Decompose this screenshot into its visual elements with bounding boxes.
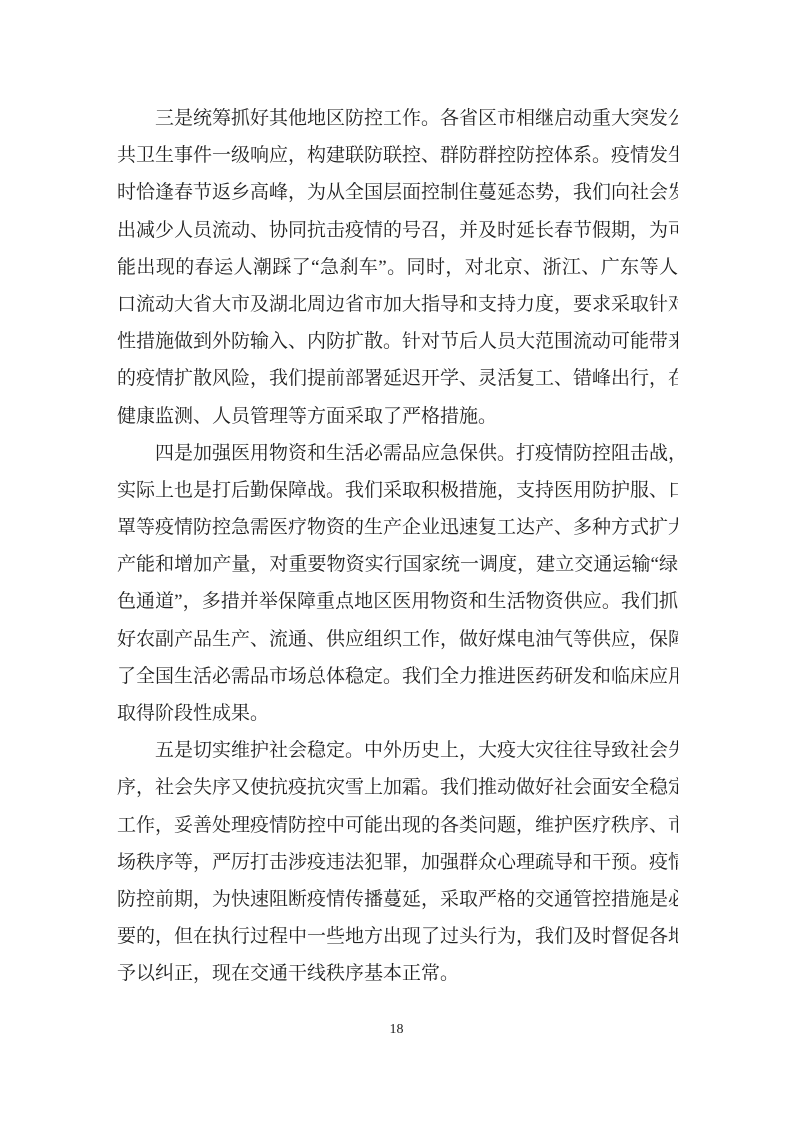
text-line: 的疫情扩散风险，我们提前部署延迟开学、灵活复工、错峰出行，在 [117, 360, 678, 397]
text-line: 四是加强医用物资和生活必需品应急保供。打疫情防控阻击战， [117, 435, 678, 472]
text-line: 序，社会失序又使抗疫抗灾雪上加霜。我们推动做好社会面安全稳定 [117, 769, 678, 806]
paragraph: 四是加强医用物资和生活必需品应急保供。打疫情防控阻击战，实际上也是打后勤保障战。… [117, 435, 678, 733]
document-body: 三是统筹抓好其他地区防控工作。各省区市相继启动重大突发公共卫生事件一级响应，构建… [117, 100, 678, 993]
text-line: 色通道”，多措并举保障重点地区医用物资和生活物资供应。我们抓 [117, 583, 678, 620]
text-line: 时恰逢春节返乡高峰，为从全国层面控制住蔓延态势，我们向社会发 [117, 174, 678, 211]
text-line: 要的，但在执行过程中一些地方出现了过头行为，我们及时督促各地 [117, 918, 678, 955]
paragraph: 五是切实维护社会稳定。中外历史上，大疫大灾往往导致社会失序，社会失序又使抗疫抗灾… [117, 732, 678, 992]
text-line: 共卫生事件一级响应，构建联防联控、群防群控防控体系。疫情发生 [117, 137, 678, 174]
text-line: 性措施做到外防输入、内防扩散。针对节后人员大范围流动可能带来 [117, 323, 678, 360]
text-line: 好农副产品生产、流通、供应组织工作，做好煤电油气等供应，保障 [117, 621, 678, 658]
text-line: 出减少人员流动、协同抗击疫情的号召，并及时延长春节假期，为可 [117, 212, 678, 249]
text-line: 口流动大省大市及湖北周边省市加大指导和支持力度，要求采取针对 [117, 286, 678, 323]
text-line: 能出现的春运人潮踩了“急刹车”。同时，对北京、浙江、广东等人 [117, 249, 678, 286]
text-line: 健康监测、人员管理等方面采取了严格措施。 [117, 398, 678, 435]
text-line: 实际上也是打后勤保障战。我们采取积极措施，支持医用防护服、口 [117, 472, 678, 509]
text-line: 了全国生活必需品市场总体稳定。我们全力推进医药研发和临床应用， [117, 658, 678, 695]
text-line: 五是切实维护社会稳定。中外历史上，大疫大灾往往导致社会失 [117, 732, 678, 769]
text-line: 产能和增加产量，对重要物资实行国家统一调度，建立交通运输“绿 [117, 546, 678, 583]
text-line: 罩等疫情防控急需医疗物资的生产企业迅速复工达产、多种方式扩大 [117, 509, 678, 546]
text-line: 防控前期，为快速阻断疫情传播蔓延，采取严格的交通管控措施是必 [117, 881, 678, 918]
text-line: 三是统筹抓好其他地区防控工作。各省区市相继启动重大突发公 [117, 100, 678, 137]
text-line: 工作，妥善处理疫情防控中可能出现的各类问题，维护医疗秩序、市 [117, 807, 678, 844]
paragraph: 三是统筹抓好其他地区防控工作。各省区市相继启动重大突发公共卫生事件一级响应，构建… [117, 100, 678, 435]
text-line: 场秩序等，严厉打击涉疫违法犯罪，加强群众心理疏导和干预。疫情 [117, 844, 678, 881]
page-number: 18 [0, 1020, 793, 1040]
text-line: 予以纠正，现在交通干线秩序基本正常。 [117, 955, 678, 992]
text-line: 取得阶段性成果。 [117, 695, 678, 732]
document-page: 三是统筹抓好其他地区防控工作。各省区市相继启动重大突发公共卫生事件一级响应，构建… [0, 0, 793, 1122]
